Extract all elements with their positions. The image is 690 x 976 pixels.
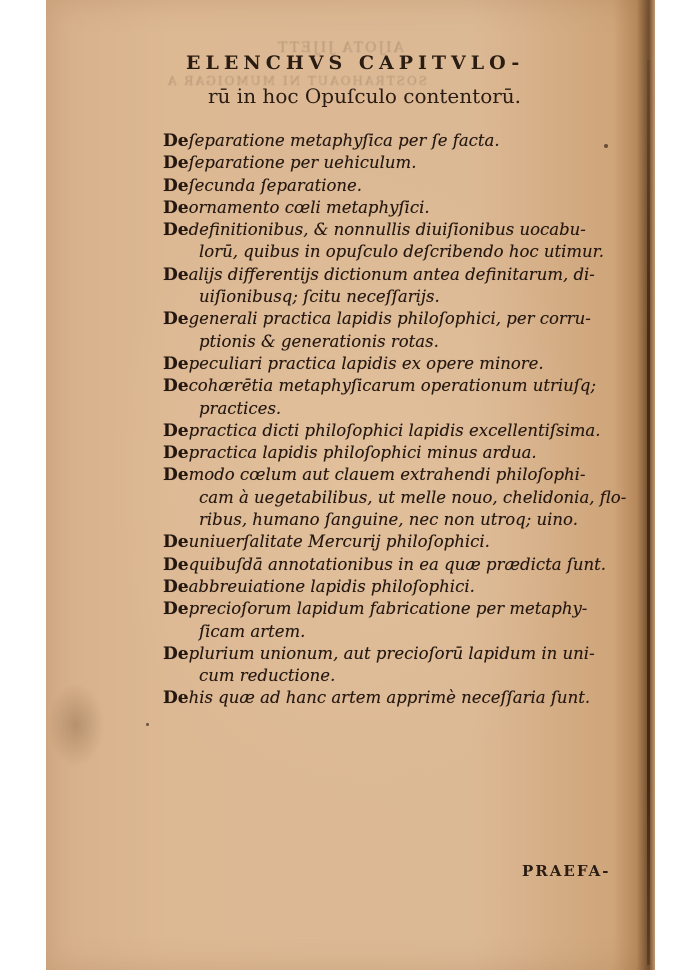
entry-text: ribus, humano ſanguine, nec non utroq; u…	[163, 509, 633, 531]
entry-lead-word: De	[163, 354, 189, 374]
chapter-entry-continuation: ptionis & generationis rotas.	[163, 331, 633, 353]
entry-text: precioſorum lapidum fabricatione per met…	[189, 599, 588, 618]
entry-lead-word: De	[163, 131, 189, 151]
entry-text: plurium unionum, aut precioſorū lapidum …	[189, 644, 595, 663]
chapter-entry: Dealijs differentijs dictionum antea def…	[163, 264, 633, 286]
chapter-entry: Deprecioſorum lapidum fabricatione per m…	[163, 598, 633, 620]
entry-text: generali practica lapidis philoſophici, …	[189, 309, 591, 328]
entry-lead-word: De	[163, 421, 189, 441]
entry-text: his quæ ad hanc artem apprimè neceſſaria…	[189, 688, 591, 707]
entry-lead-word: De	[163, 465, 189, 485]
chapter-entry-continuation: lorū, quibus in opuſculo deſcribendo hoc…	[163, 241, 633, 263]
entry-lead-word: De	[163, 644, 189, 664]
entry-text: lorū, quibus in opuſculo deſcribendo hoc…	[163, 241, 633, 263]
entry-text: uniuerſalitate Mercurij philoſophici.	[189, 532, 490, 551]
chapter-entry: Deabbreuiatione lapidis philoſophici.	[163, 576, 633, 598]
chapter-entry-continuation: ribus, humano ſanguine, nec non utroq; u…	[163, 509, 633, 531]
page-subheading: rū in hoc Opuſculo contentorū.	[208, 84, 521, 108]
entry-text: alijs differentijs dictionum antea defin…	[189, 265, 595, 284]
ink-speck	[146, 723, 149, 726]
chapter-entry: Deſeparatione per uehiculum.	[163, 152, 633, 174]
entry-text: cohærētia metaphyſicarum operationum utr…	[189, 376, 596, 395]
entry-text: cum reductione.	[163, 665, 633, 687]
entry-lead-word: De	[163, 532, 189, 552]
chapter-entry: Depeculiari practica lapidis ex opere mi…	[163, 353, 633, 375]
entry-lead-word: De	[163, 176, 189, 196]
entry-text: cam à uegetabilibus, ut melle nouo, chel…	[163, 487, 633, 509]
entry-text: ſicam artem.	[163, 621, 633, 643]
entry-lead-word: De	[163, 577, 189, 597]
chapter-entry-continuation: practices.	[163, 398, 633, 420]
chapter-entry: Depractica lapidis philoſophici minus ar…	[163, 442, 633, 464]
entry-lead-word: De	[163, 153, 189, 173]
entry-lead-word: De	[163, 220, 189, 240]
entry-lead-word: De	[163, 265, 189, 285]
entry-lead-word: De	[163, 309, 189, 329]
entry-text: modo cœlum aut clauem extrahendi philoſo…	[189, 465, 586, 484]
chapter-entry: Deſecunda ſeparatione.	[163, 175, 633, 197]
chapter-entry: Decohærētia metaphyſicarum operationum u…	[163, 375, 633, 397]
entry-text: ornamento cœli metaphyſici.	[189, 198, 430, 217]
page-heading: ELENCHVS CAPITVLO-	[186, 52, 626, 74]
entry-lead-word: De	[163, 599, 189, 619]
entry-text: ptionis & generationis rotas.	[163, 331, 633, 353]
gutter-shadow	[647, 60, 650, 965]
chapter-entry: Dequibuſdā annotationibus in ea quæ præd…	[163, 554, 633, 576]
chapter-entry: Dedefinitionibus, & nonnullis diuiſionib…	[163, 219, 633, 241]
chapter-entry: Depractica dicti philoſophici lapidis ex…	[163, 420, 633, 442]
entry-text: abbreuiatione lapidis philoſophici.	[189, 577, 475, 596]
chapter-entry: Deſeparatione metaphyſica per ſe facta.	[163, 130, 633, 152]
entry-text: uiſionibusq; ſcitu neceſſarijs.	[163, 286, 633, 308]
entry-text: peculiari practica lapidis ex opere mino…	[189, 354, 544, 373]
entry-text: practices.	[163, 398, 633, 420]
chapter-entry: Deornamento cœli metaphyſici.	[163, 197, 633, 219]
entry-text: ſecunda ſeparatione.	[189, 176, 362, 195]
chapter-entry: Deuniuerſalitate Mercurij philoſophici.	[163, 531, 633, 553]
entry-lead-word: De	[163, 376, 189, 396]
entry-lead-word: De	[163, 555, 189, 575]
entry-lead-word: De	[163, 198, 189, 218]
chapter-entry: Deplurium unionum, aut precioſorū lapidu…	[163, 643, 633, 665]
entry-text: practica lapidis philoſophici minus ardu…	[189, 443, 537, 462]
chapter-entry: Degenerali practica lapidis philoſophici…	[163, 308, 633, 330]
entry-lead-word: De	[163, 443, 189, 463]
entry-text: quibuſdā annotationibus in ea quæ prædic…	[189, 555, 606, 574]
chapter-entry: Dehis quæ ad hanc artem apprimè neceſſar…	[163, 687, 633, 709]
chapter-entry-continuation: uiſionibusq; ſcitu neceſſarijs.	[163, 286, 633, 308]
catchword: PRAEFA-	[522, 862, 610, 880]
chapter-list: Deſeparatione metaphyſica per ſe facta.D…	[163, 130, 633, 710]
entry-text: definitionibus, & nonnullis diuiſionibus…	[189, 220, 586, 239]
chapter-entry-continuation: ſicam artem.	[163, 621, 633, 643]
chapter-entry: Demodo cœlum aut clauem extrahendi philo…	[163, 464, 633, 486]
entry-text: practica dicti philoſophici lapidis exce…	[189, 421, 601, 440]
entry-lead-word: De	[163, 688, 189, 708]
chapter-entry-continuation: cum reductione.	[163, 665, 633, 687]
chapter-entry-continuation: cam à uegetabilibus, ut melle nouo, chel…	[163, 487, 633, 509]
entry-text: ſeparatione per uehiculum.	[189, 153, 417, 172]
entry-text: ſeparatione metaphyſica per ſe facta.	[189, 131, 500, 150]
